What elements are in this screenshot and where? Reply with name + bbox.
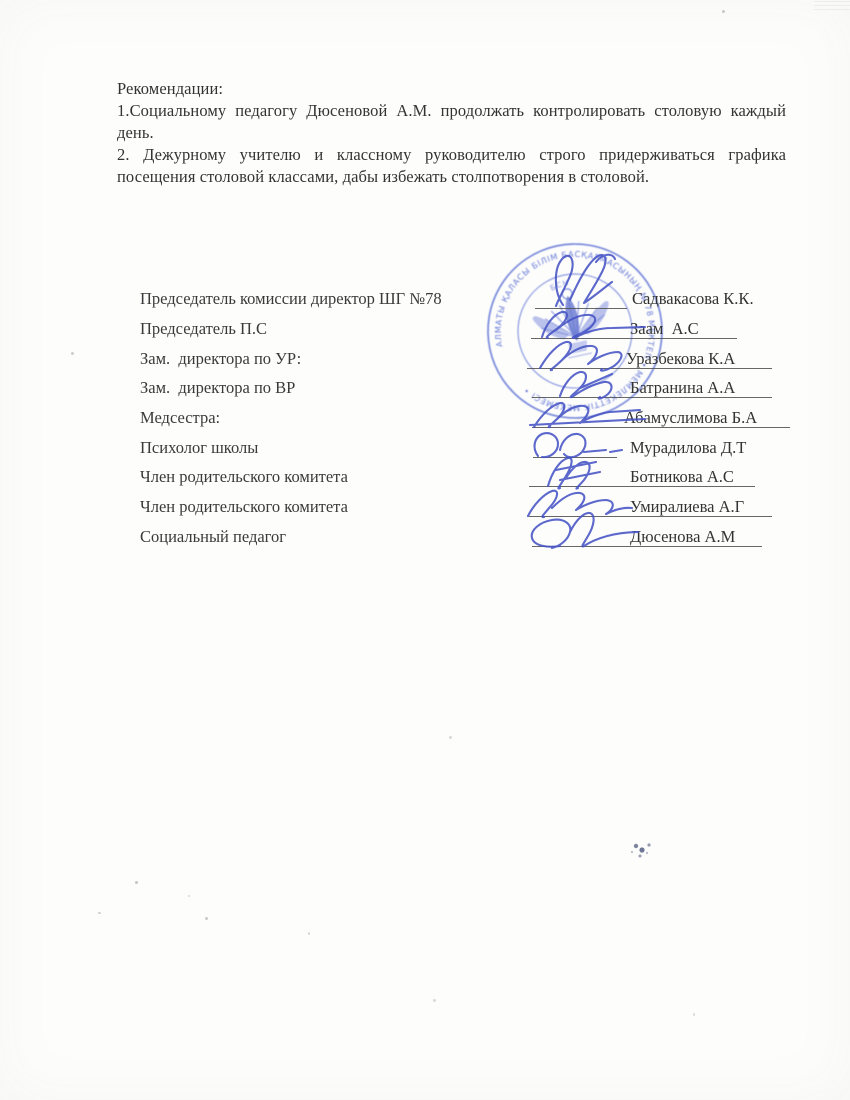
signatory-role: Медсестра: bbox=[140, 408, 220, 428]
signatory-role: Член родительского комитета bbox=[140, 497, 348, 517]
signatory-name: Уразбекова К.А bbox=[626, 349, 735, 369]
scan-speck bbox=[188, 895, 190, 897]
scanned-document-page: Рекомендации: 1.Социальному педагогу Дюс… bbox=[0, 0, 850, 1100]
signature-row: Член родительского комитета Ботникова А.… bbox=[0, 465, 850, 495]
signatory-name: Дюсенова А.М bbox=[630, 527, 735, 547]
scan-speck bbox=[693, 1013, 695, 1016]
signatory-name: Садвакасова К.К. bbox=[632, 289, 754, 309]
signatory-role: Председатель П.С bbox=[140, 319, 267, 339]
recommendations-heading: Рекомендации: bbox=[117, 78, 786, 100]
signatory-role: Социальный педагог bbox=[140, 527, 286, 547]
signatory-name: Абамуслимова Б.А bbox=[624, 408, 757, 428]
recommendation-1-line-2: день. bbox=[117, 122, 786, 144]
signature-row: Председатель комиссии директор ШГ №78 Са… bbox=[0, 287, 850, 317]
scan-speck bbox=[308, 932, 310, 935]
scan-edge-artifact bbox=[814, 1, 850, 15]
recommendation-2-line-2: посещения столовой классами, дабы избежа… bbox=[117, 166, 786, 188]
recommendation-2-line-1: 2. Дежурному учителю и классному руковод… bbox=[117, 144, 786, 166]
signature-line bbox=[533, 457, 617, 458]
scan-speck bbox=[205, 917, 208, 920]
signatory-role: Зам. директора по ВР bbox=[140, 378, 295, 398]
recommendation-1-line-1: 1.Социальному педагогу Дюсеновой А.М. пр… bbox=[117, 100, 786, 122]
scan-speck bbox=[433, 999, 436, 1002]
signature-row: Член родительского комитета Умиралиева А… bbox=[0, 495, 850, 525]
signatory-name: Мурадилова Д.Т bbox=[630, 438, 746, 458]
scan-speck bbox=[449, 736, 452, 739]
signature-row: Психолог школы Мурадилова Д.Т bbox=[0, 436, 850, 466]
signatory-name: Заам А.С bbox=[630, 319, 699, 339]
signatory-role: Зам. директора по УР: bbox=[140, 349, 301, 369]
scan-speck bbox=[98, 912, 101, 914]
signatory-name: Ботникова А.С bbox=[630, 467, 734, 487]
signatory-name: Батранина А.А bbox=[630, 378, 735, 398]
signatory-role: Председатель комиссии директор ШГ №78 bbox=[140, 289, 442, 309]
ink-blot-speck bbox=[620, 835, 665, 865]
signature-line bbox=[535, 308, 627, 309]
signature-row: Зам. директора по ВР Батранина А.А bbox=[0, 376, 850, 406]
signatory-role: Член родительского комитета bbox=[140, 467, 348, 487]
signature-row: Медсестра: Абамуслимова Б.А bbox=[0, 406, 850, 436]
signatory-name: Умиралиева А.Г bbox=[630, 497, 744, 517]
scan-speck bbox=[722, 10, 725, 13]
signature-row: Председатель П.С Заам А.С bbox=[0, 317, 850, 347]
signature-row: Зам. директора по УР: Уразбекова К.А bbox=[0, 347, 850, 377]
signature-row: Социальный педагог Дюсенова А.М bbox=[0, 525, 850, 555]
scan-speck bbox=[135, 881, 138, 884]
recommendations-block: Рекомендации: 1.Социальному педагогу Дюс… bbox=[117, 78, 786, 188]
scan-speck bbox=[71, 352, 74, 355]
signatory-role: Психолог школы bbox=[140, 438, 258, 458]
